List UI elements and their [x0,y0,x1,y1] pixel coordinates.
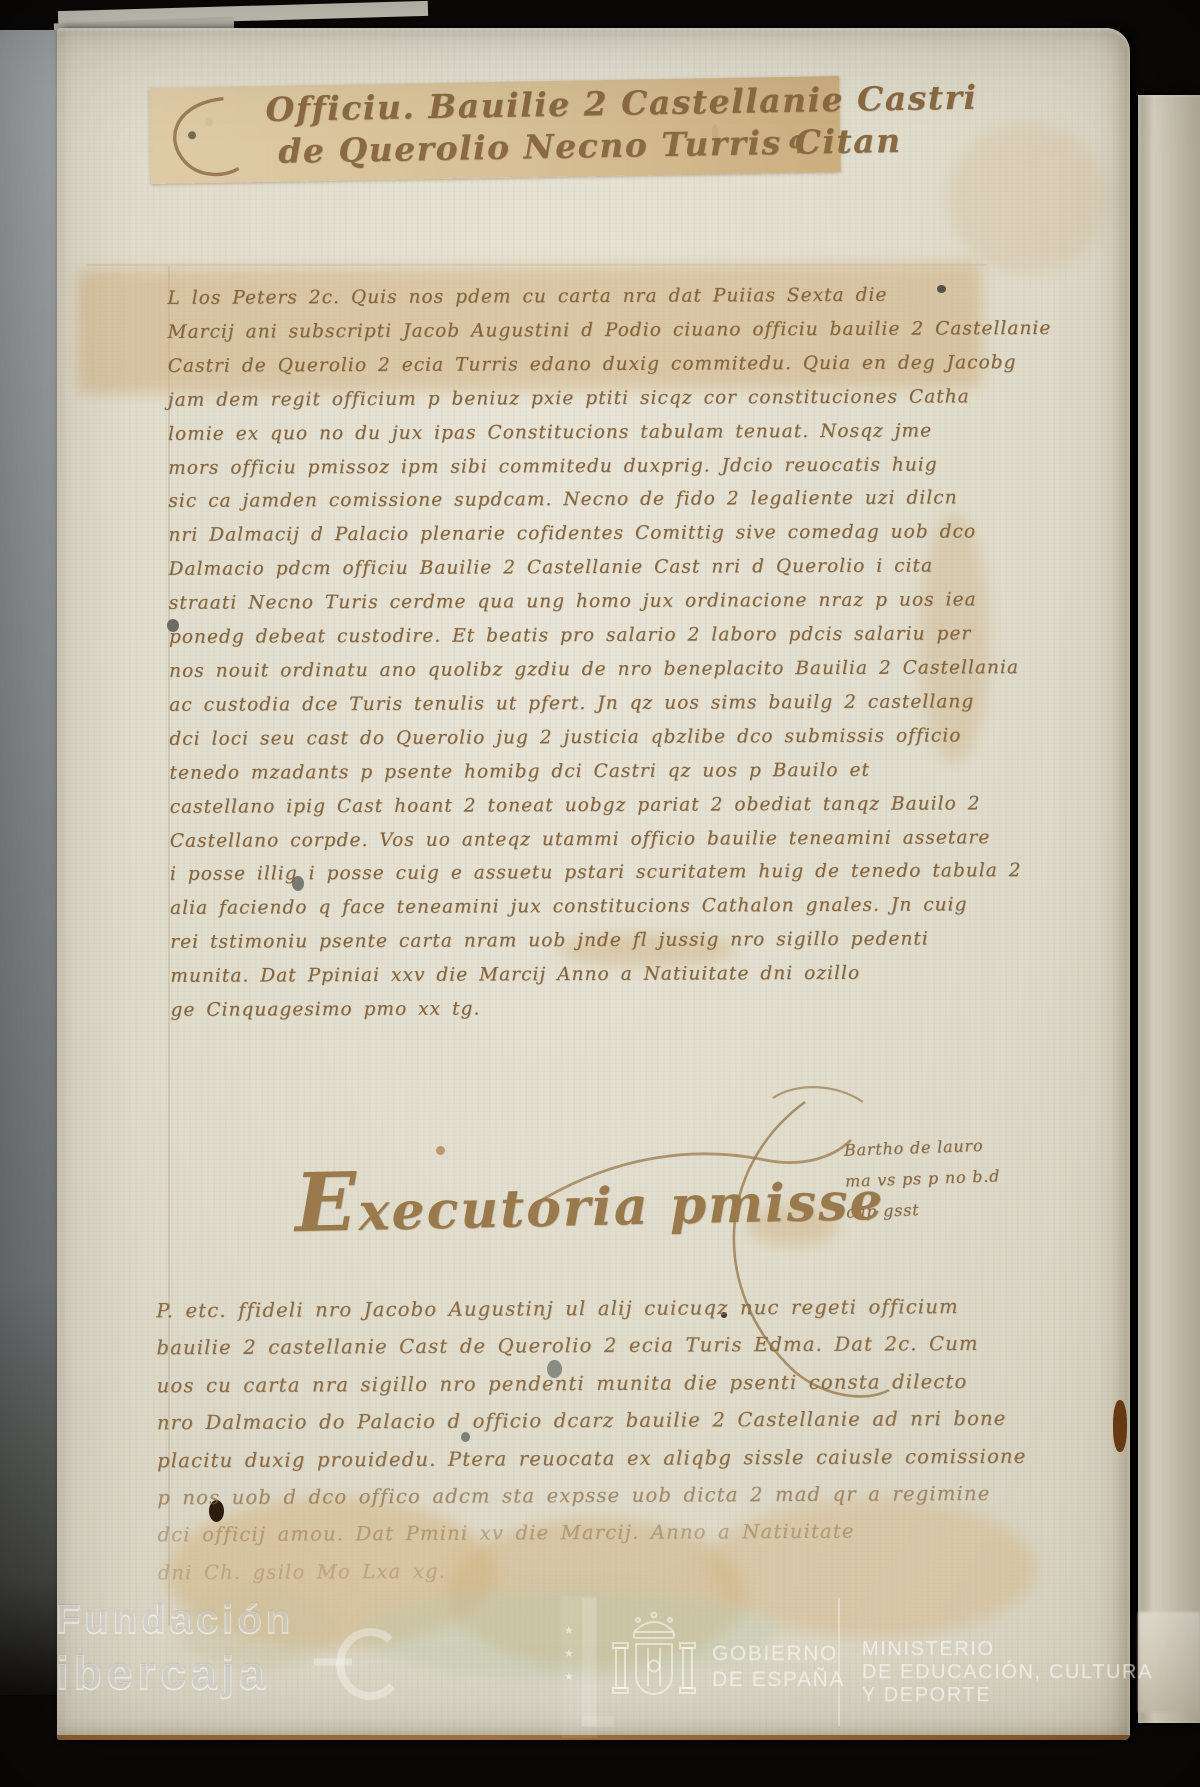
page-bottom-edge [57,1735,1130,1740]
manuscript-line: ac custodia dce Turis tenulis ut pfert. … [169,685,999,723]
manuscript-line: straati Necno Turis cerdme qua ung homo … [169,583,999,621]
executoria-text-block: P. etc. ffideli nro Jacobo Augustinj ul … [156,1288,1018,1592]
paragraph-mark: q [788,125,807,154]
manuscript-line: nri Dalmacij d Palacio plenarie cofident… [168,516,998,554]
manuscript-line: Marcij ani subscripti Jacob Augustini d … [168,312,998,350]
charter-text-block: L los Peters 2c. Quis nos pdem cu carta … [167,278,1000,1028]
flourish-initial [153,90,275,184]
title-line-2: de Querolio Necno Turris Citan [278,121,902,171]
manuscript-line: bauilie 2 castellanie Cast de Querolio 2… [156,1325,1016,1367]
manuscript-line: nos nouit ordinatu ano quolibz gzdiu de … [169,651,999,689]
ink-drip [436,1146,445,1155]
next-page-torn-edge [1138,1612,1200,1712]
title-strip: Officiu. Bauilie 2 Castellanie Castri de… [149,76,841,184]
manuscript-line: mors officiu pmissoz ipm sibi commitedu … [168,448,998,486]
manuscript-line: sic ca jamden comissione supdcam. Necno … [168,482,998,520]
manuscript-line: tenedo mzadants p psente homibg dci Cast… [169,753,999,791]
manuscript-line: L los Peters 2c. Quis nos pdem cu carta … [167,278,997,316]
water-damage [177,1588,337,1668]
manuscript-line: Castri de Querolio 2 ecia Turris edano d… [168,346,998,384]
manuscript-line: nro Dalmacio do Palacio d officio dcarz … [157,1400,1017,1442]
manuscript-line: i posse illig i posse cuig e assuetu pst… [170,855,1000,893]
water-damage [357,1588,777,1678]
manuscript-line: placitu duxig prouidedu. Ptera reuocata … [157,1437,1017,1479]
manuscript-line: p nos uob d dco offico adcm sta expsse u… [157,1475,1017,1517]
manuscript-line: dci officij amou. Dat Pmini xv die Marci… [157,1512,1017,1554]
next-page-edge [1138,95,1200,1723]
manuscript-line: castellano ipig Cast hoant 2 toneat uobg… [170,787,1000,825]
section-heading: Executoria pmisse [294,1164,885,1244]
manuscript-line: alia faciendo q face teneamini jux const… [170,888,1000,926]
manuscript-line: dci loci seu cast do Querolio jug 2 just… [169,719,999,757]
manuscript-line: P. etc. ffideli nro Jacobo Augustinj ul … [156,1288,1016,1330]
ink-drip [1113,1400,1127,1452]
manuscript-photo: Officiu. Bauilie 2 Castellanie Castri de… [0,0,1200,1787]
manuscript-line: lomie ex quo no du jux ipas Constitucion… [168,414,998,452]
manuscript-line: jam dem regit officium p beniuz pxie pti… [168,380,998,418]
manuscript-line: dni Ch. gsilo Mo Lxa xg. [158,1550,1018,1592]
manuscript-line: munita. Dat Ppiniai xxv die Marcij Anno … [170,956,1000,994]
manuscript-line: ponedg debeat custodire. Et beatis pro s… [169,617,999,655]
manuscript-line: Castellano corpde. Vos uo anteqz utammi … [170,821,1000,859]
manuscript-line: Dalmacio pdcm officiu Bauilie 2 Castella… [169,549,999,587]
manuscript-page: Officiu. Bauilie 2 Castellanie Castri de… [57,28,1130,1740]
manuscript-line: ge Cinquagesimo pmo xx tg. [170,990,1000,1028]
table-surface [0,30,58,1695]
stain [947,123,1107,273]
manuscript-line: rei tstimoniu psente carta nram uob jnde… [170,922,1000,960]
manuscript-line: uos cu carta nra sigillo nro pendenti mu… [157,1363,1017,1405]
